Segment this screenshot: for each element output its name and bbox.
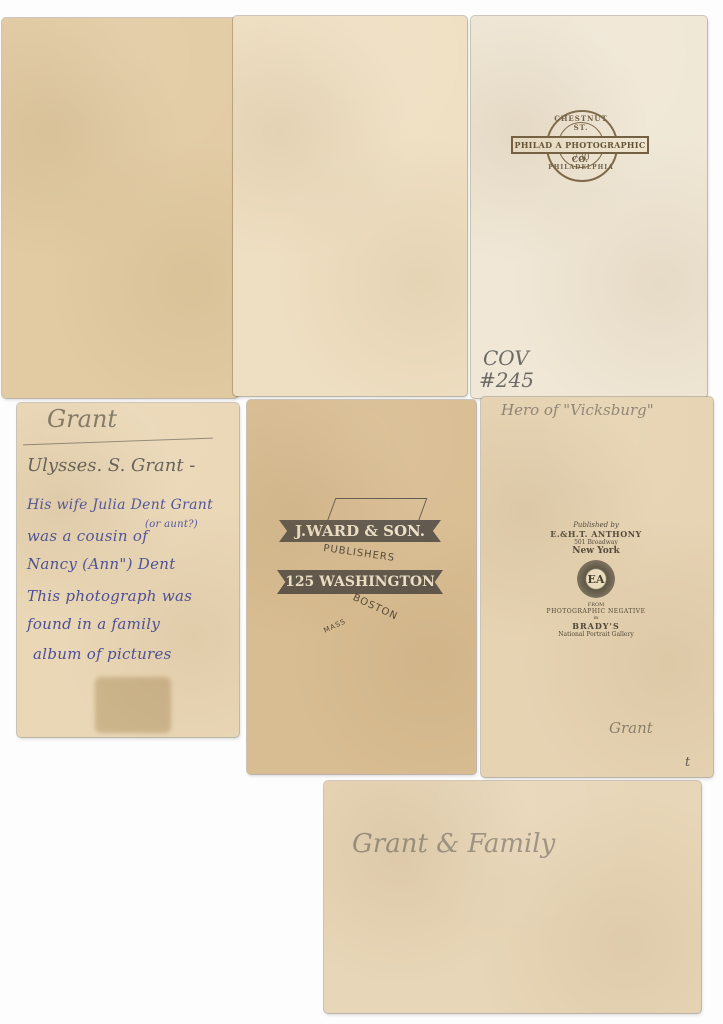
stamp-published-by: Published by xyxy=(541,521,651,529)
stamp-new-york: New York xyxy=(541,546,651,556)
ribbon-address: 125 WASHINGTON ST xyxy=(277,570,443,594)
note-line-6: album of pictures xyxy=(33,645,172,663)
note-annotation: (or aunt?) xyxy=(145,519,198,530)
stamp-banner: PHILAD A PHOTOGRAPHIC CO. xyxy=(511,136,649,154)
pencil-underline xyxy=(23,438,213,446)
ribbon-mass: MASS xyxy=(322,617,347,634)
stamp-national-portrait-gallery: National Portrait Gallery xyxy=(541,631,651,638)
card-anthony-brady: Hero of "Vicksburg" Published by E.&H.T.… xyxy=(481,397,713,777)
stamp-anthony: E.&H.T. ANTHONY xyxy=(541,529,651,539)
stamp-top-arc: CHESTNUT ST. xyxy=(547,114,615,132)
stamp-bradys: BRADY'S xyxy=(541,621,651,631)
note-line-5: found in a family xyxy=(27,615,160,633)
stamp-number: 730 xyxy=(547,153,615,163)
ribbon-boston: BOSTON xyxy=(351,592,399,622)
note-line-1: His wife Julia Dent Grant xyxy=(27,497,213,513)
ribbon-name: J.WARD & SON. xyxy=(279,520,441,542)
stamp-photographic-negative: PHOTOGRAPHIC NEGATIVE xyxy=(541,608,651,615)
ward-stamp: J.WARD & SON. PUBLISHERS 125 WASHINGTON … xyxy=(279,498,449,648)
note-line-3: Nancy (Ann") Dent xyxy=(27,555,176,573)
handwritten-number: #245 xyxy=(479,368,534,392)
handwritten-hero-of-vicksburg: Hero of "Vicksburg" xyxy=(501,401,654,419)
card-grant-notes: Grant Ulysses. S. Grant - His wife Julia… xyxy=(17,403,239,737)
card-grant-family: Grant & Family xyxy=(324,781,701,1013)
card-philada-photographic-co: CHESTNUT ST. PHILAD A PHOTOGRAPHIC CO. 7… xyxy=(471,16,707,398)
card-top-left-blank xyxy=(2,18,238,398)
stamp-broadway: 501 Broadway xyxy=(541,539,651,546)
anthony-stamp: Published by E.&H.T. ANTHONY 501 Broadwa… xyxy=(541,521,651,661)
note-line-2: was a cousin of xyxy=(27,527,148,545)
handwritten-corner-t: t xyxy=(685,755,690,770)
handwritten-grant: Grant xyxy=(609,719,653,737)
stamp-bottom-arc: PHILADELPHIA xyxy=(547,164,615,171)
monogram-letters: EA xyxy=(588,573,605,586)
handwritten-title-grant: Grant xyxy=(47,405,117,433)
ribbon-publishers: PUBLISHERS xyxy=(323,543,396,564)
note-line-4: This photograph was xyxy=(27,587,192,605)
glue-stain xyxy=(95,677,171,733)
stamp-monogram: EA xyxy=(577,560,615,598)
card-j-ward-and-son: J.WARD & SON. PUBLISHERS 125 WASHINGTON … xyxy=(247,400,476,774)
handwritten-grant-family: Grant & Family xyxy=(352,829,555,859)
handwritten-name: Ulysses. S. Grant - xyxy=(27,455,195,476)
handwritten-cov: COV xyxy=(483,346,529,370)
scroll-curl-top xyxy=(327,498,428,522)
philada-stamp: CHESTNUT ST. PHILAD A PHOTOGRAPHIC CO. 7… xyxy=(511,108,651,188)
card-top-middle-blank xyxy=(233,16,467,396)
